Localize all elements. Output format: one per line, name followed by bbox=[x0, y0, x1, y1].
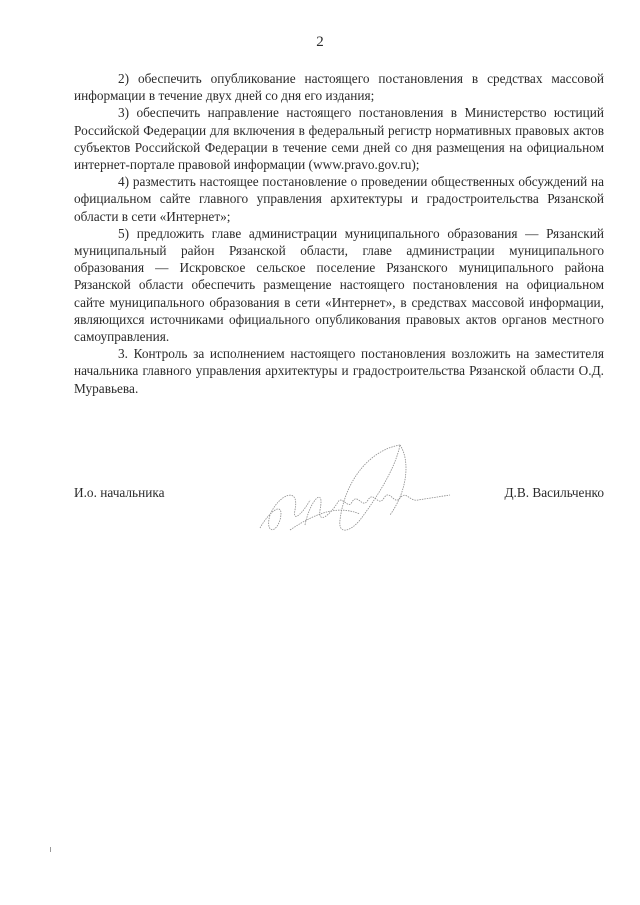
signature-row: И.о. начальника Д.В. Васильченко bbox=[74, 485, 604, 505]
page-number: 2 bbox=[0, 34, 640, 51]
paragraph-item-4: 4) разместить настоящее постановление о … bbox=[74, 173, 604, 225]
paragraph-item-2: 2) обеспечить опубликование настоящего п… bbox=[74, 70, 604, 104]
signatory-title: И.о. начальника bbox=[74, 485, 165, 501]
paragraph-item-3: 3) обеспечить направление настоящего пос… bbox=[74, 104, 604, 173]
signatory-name: Д.В. Васильченко bbox=[504, 485, 604, 501]
paragraph-item-5: 5) предложить главе администрации муници… bbox=[74, 225, 604, 345]
paragraph-control: 3. Контроль за исполнением настоящего по… bbox=[74, 345, 604, 397]
document-body: 2) обеспечить опубликование настоящего п… bbox=[74, 70, 604, 397]
scan-artifact bbox=[50, 847, 51, 852]
